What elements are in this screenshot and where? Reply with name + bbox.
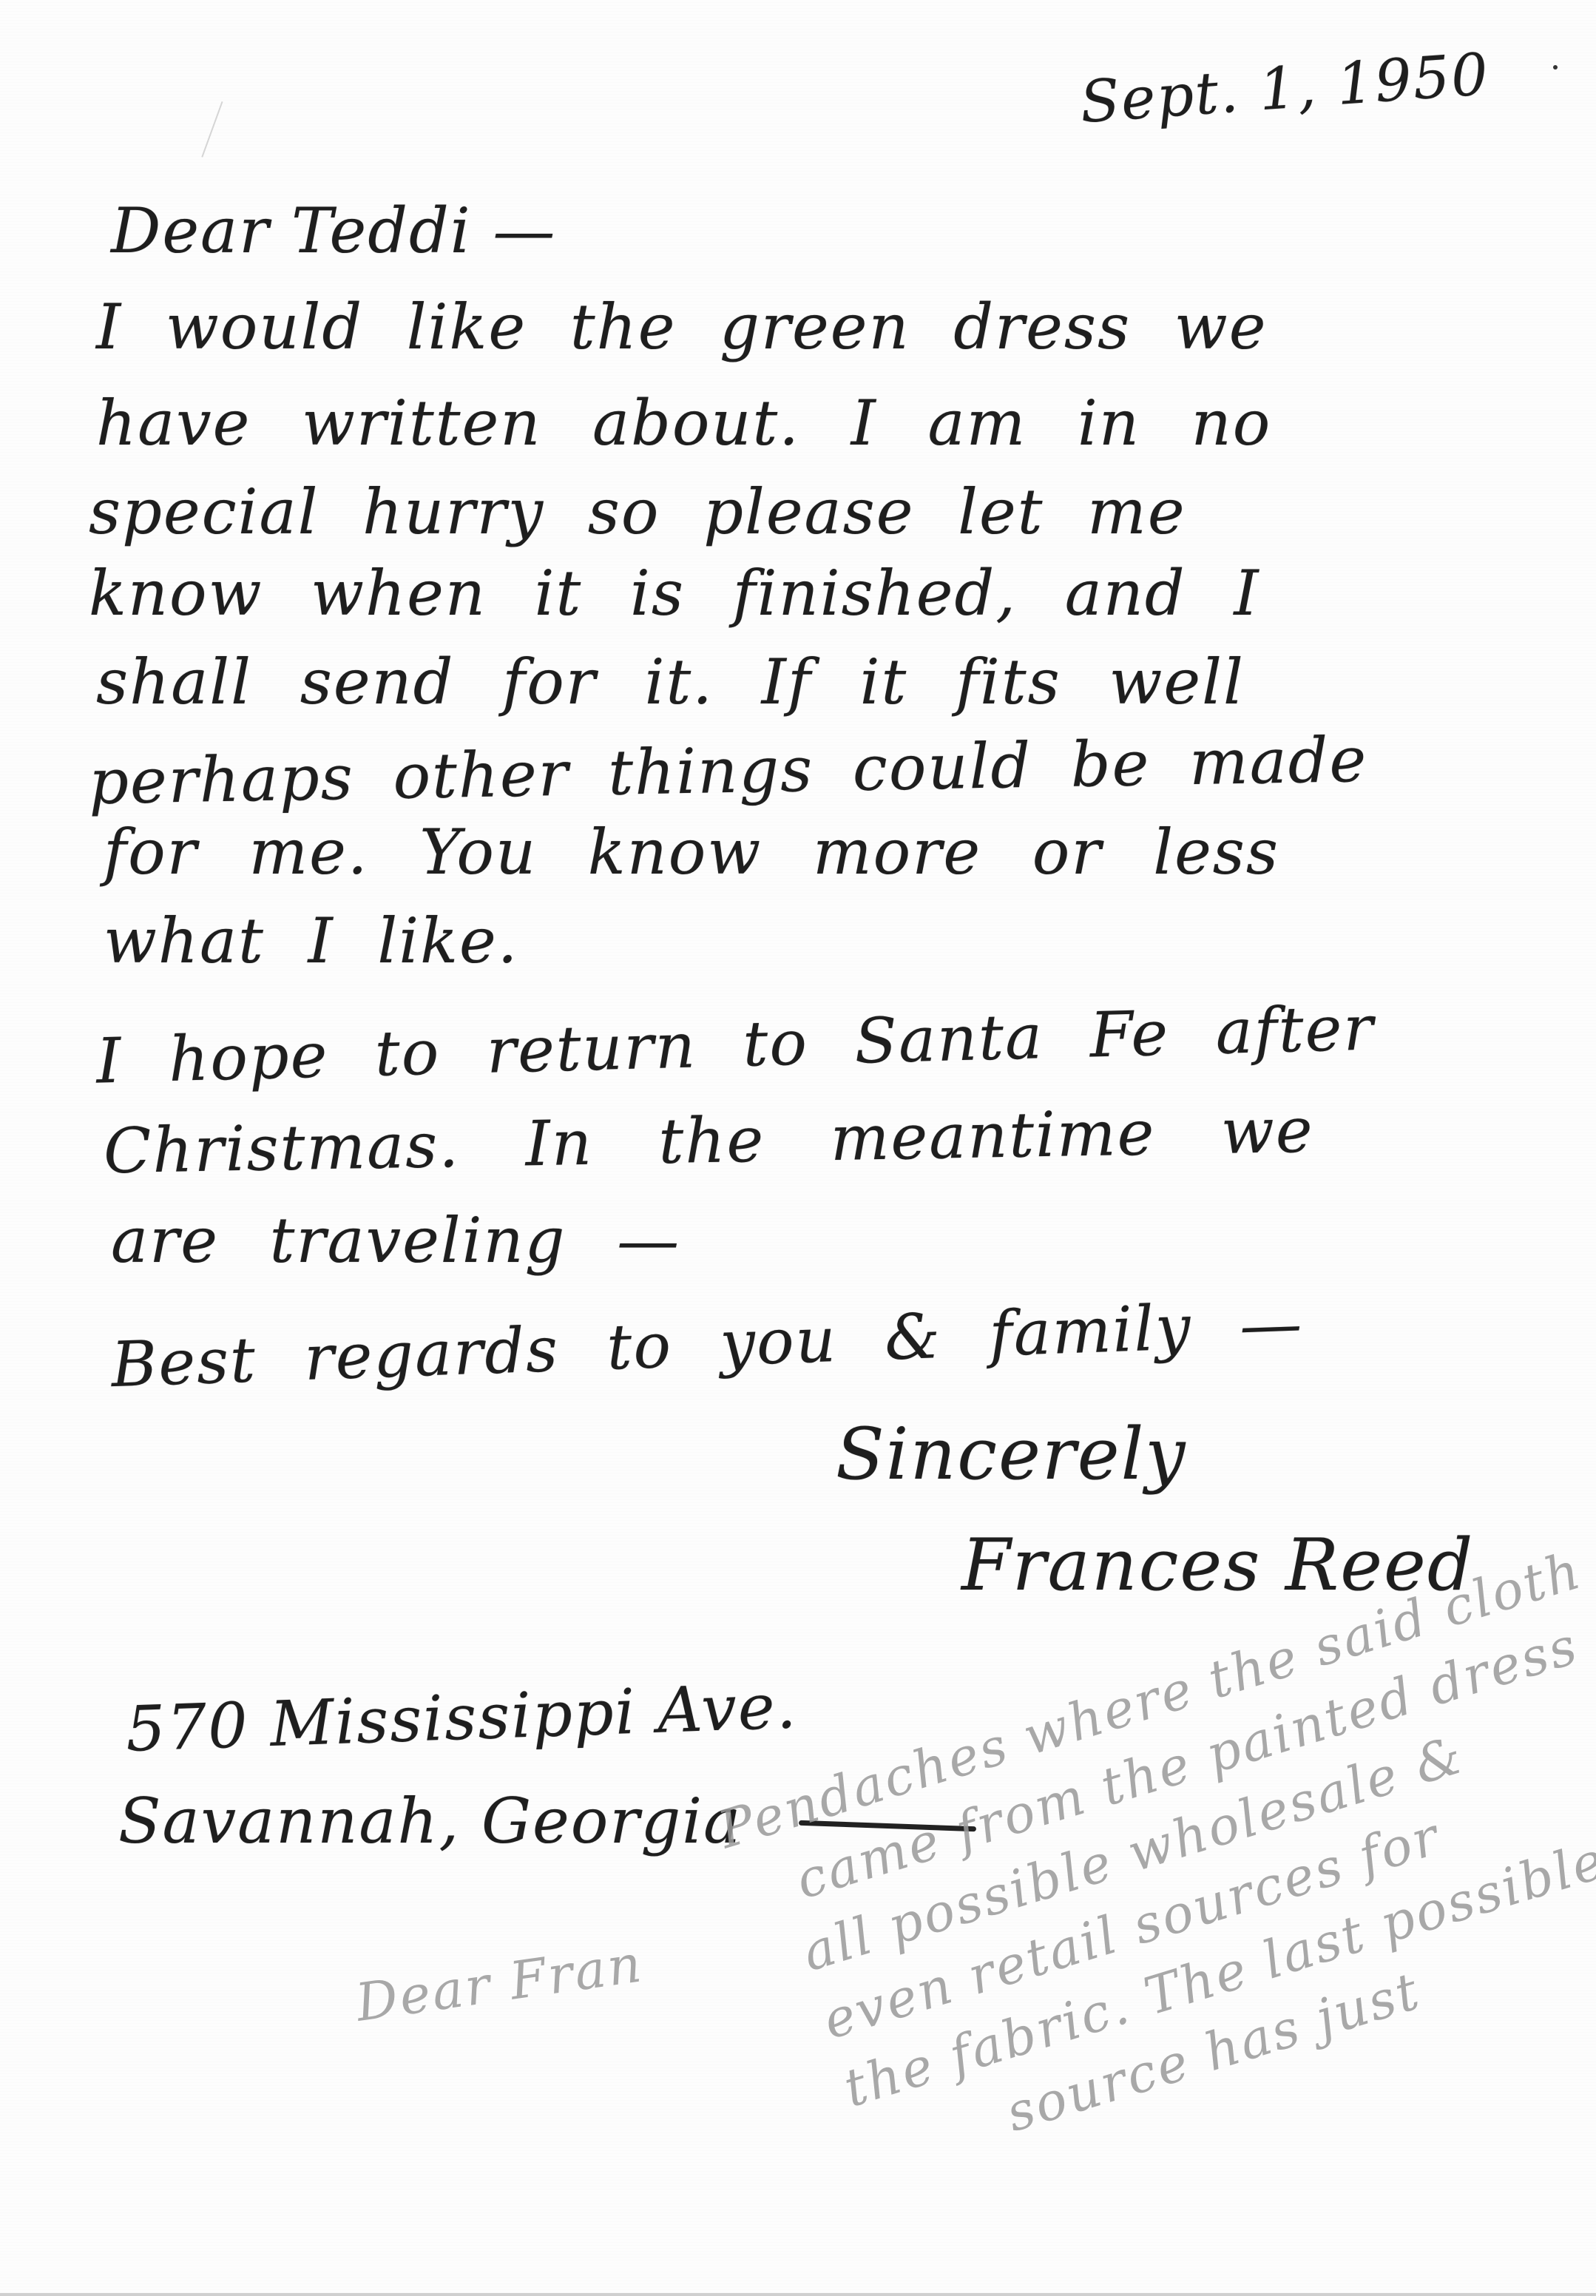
body-line-7: for me. You know more or less	[104, 821, 1279, 883]
page-bottom-edge	[0, 2293, 1596, 2296]
body-line-3: special hurry so please let me	[89, 481, 1186, 543]
body-line-4: know when it is finished, and I	[89, 562, 1260, 624]
pencil-note-greeting: Dear Fran	[352, 1933, 646, 2033]
body-line-10: Christmas. In the meantime we	[103, 1099, 1314, 1183]
letter-date: Sept. 1, 1950	[1078, 41, 1492, 136]
address-line-2: Savannah, Georgia	[118, 1790, 742, 1852]
body-line-6: perhaps other things could be made	[88, 729, 1367, 813]
body-line-5: shall send for it. If it fits well	[96, 651, 1245, 713]
body-line-1: I would like the green dress we	[96, 296, 1267, 358]
body-line-11: are traveling —	[111, 1209, 680, 1272]
body-line-8: what I like.	[104, 910, 518, 972]
body-line-2: have written about. I am in no	[96, 392, 1271, 454]
salutation: Dear Teddi —	[111, 200, 556, 262]
letter-page: Sept. 1, 1950 Dear Teddi — I would like …	[0, 0, 1596, 2296]
pencil-note-block: Pendaches where the said cloth came from…	[710, 1516, 1596, 2205]
faint-pencil-mark	[201, 101, 243, 165]
address-line-1: 570 Mississippi Ave.	[125, 1675, 799, 1760]
body-line-12: Best regards to you & family —	[110, 1292, 1304, 1396]
ink-speck	[1553, 65, 1558, 70]
closing: Sincerely	[836, 1413, 1187, 1496]
body-line-9: I hope to return to Santa Fe after	[95, 996, 1375, 1092]
